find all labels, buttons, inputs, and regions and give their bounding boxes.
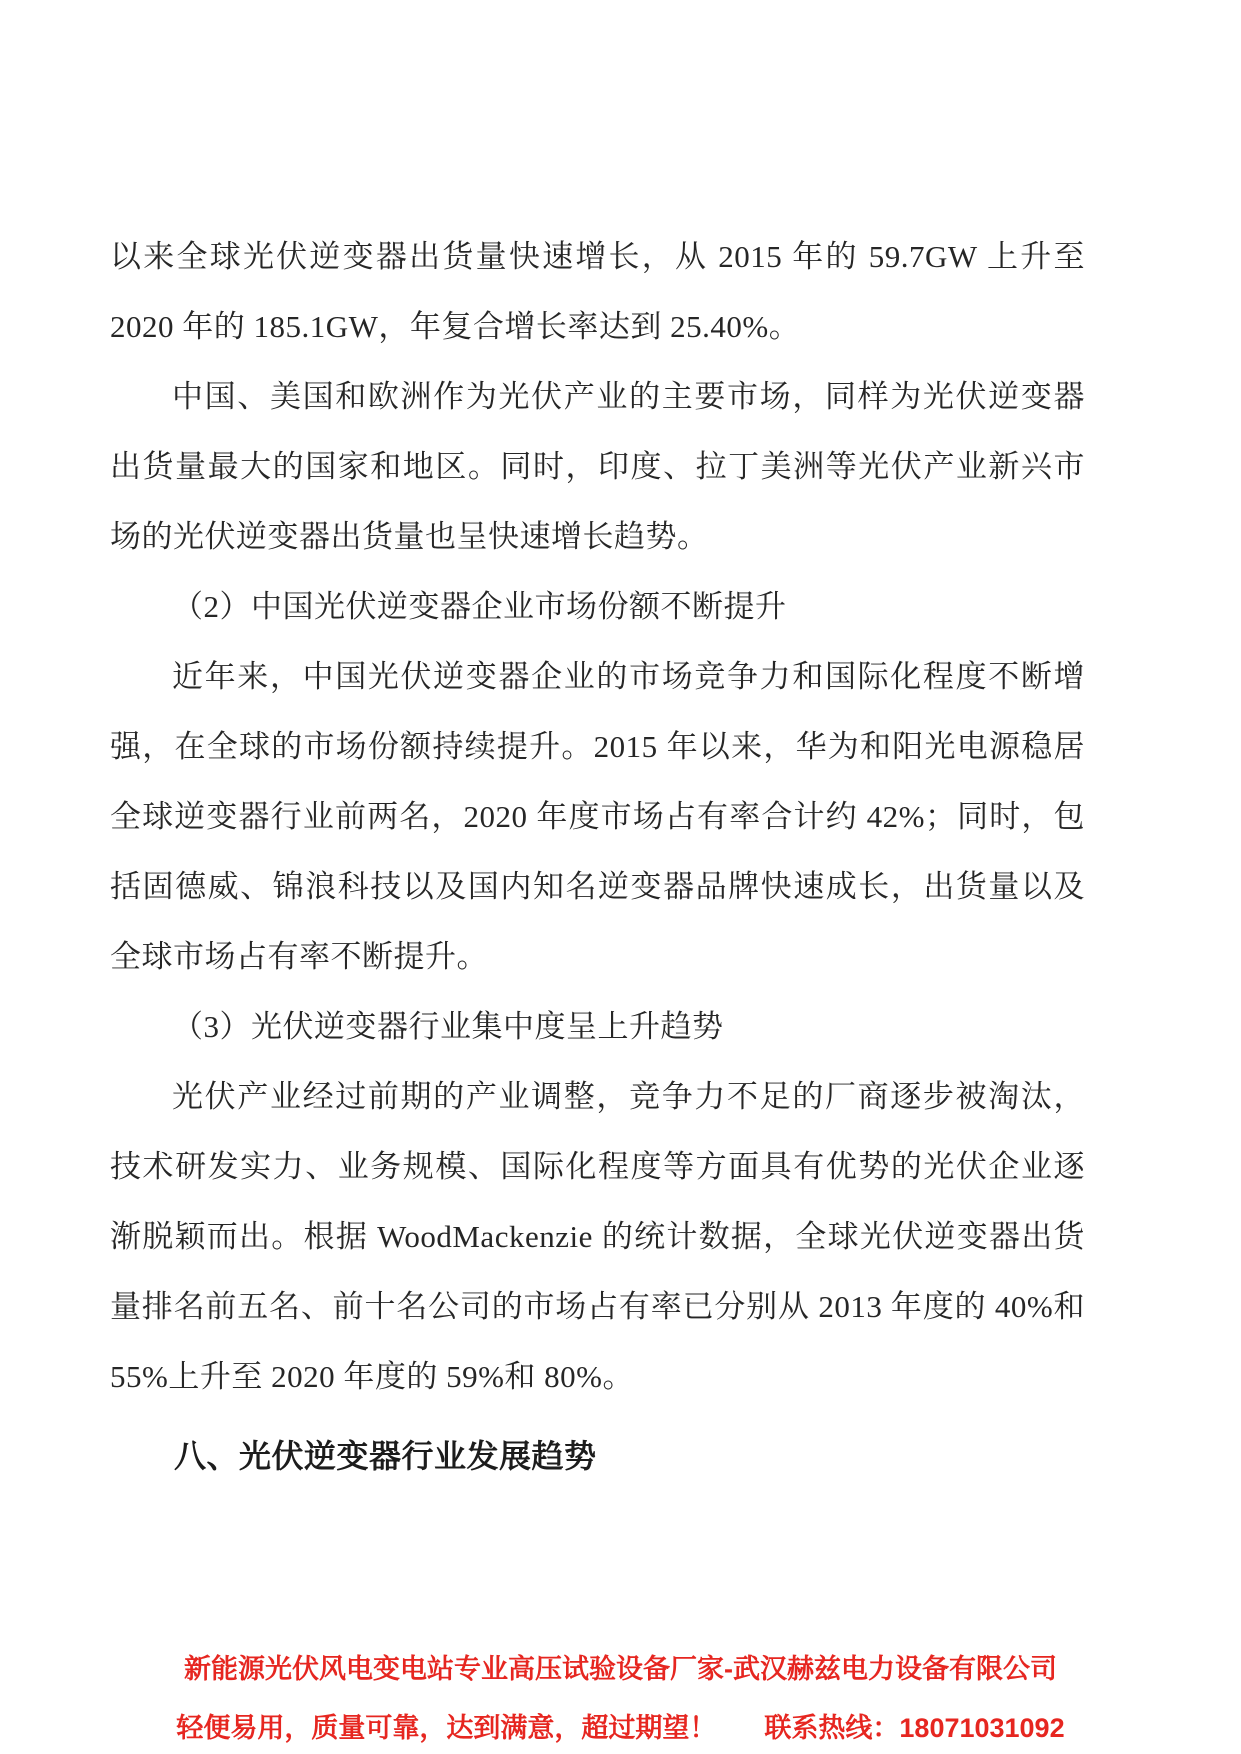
body-line: 2020 年的 185.1GW，年复合增长率达到 25.40%。: [110, 292, 1085, 362]
body-line: 以来全球光伏逆变器出货量快速增长，从 2015 年的 59.7GW 上升至: [110, 222, 1085, 292]
body-line: 55%上升至 2020 年度的 59%和 80%。: [110, 1342, 1085, 1412]
document-page: 以来全球光伏逆变器出货量快速增长，从 2015 年的 59.7GW 上升至202…: [0, 0, 1241, 1754]
body-line: 场的光伏逆变器出货量也呈快速增长趋势。: [110, 502, 1085, 572]
body-line: 技术研发实力、业务规模、国际化程度等方面具有优势的光伏企业逐: [110, 1132, 1085, 1202]
para-concentration-trend: 光伏产业经过前期的产业调整，竞争力不足的厂商逐步被淘汰，技术研发实力、业务规模、…: [110, 1062, 1085, 1412]
body-line: 中国、美国和欧洲作为光伏产业的主要市场，同样为光伏逆变器: [110, 362, 1085, 432]
para-china-share-rising: 近年来，中国光伏逆变器企业的市场竞争力和国际化程度不断增强，在全球的市场份额持续…: [110, 642, 1085, 992]
document-body: 以来全球光伏逆变器出货量快速增长，从 2015 年的 59.7GW 上升至202…: [110, 222, 1085, 1491]
body-line: （3）光伏逆变器行业集中度呈上升趋势: [110, 992, 1085, 1062]
footer-slogan: 轻便易用，质量可靠，达到满意，超过期望！: [176, 1711, 716, 1745]
body-line: 全球逆变器行业前两名，2020 年度市场占有率合计约 42%；同时，包: [110, 782, 1085, 852]
para-major-markets: 中国、美国和欧洲作为光伏产业的主要市场，同样为光伏逆变器出货量最大的国家和地区。…: [110, 362, 1085, 572]
body-line: 量排名前五名、前十名公司的市场占有率已分别从 2013 年度的 40%和: [110, 1272, 1085, 1342]
body-line: 近年来，中国光伏逆变器企业的市场竞争力和国际化程度不断增: [110, 642, 1085, 712]
body-line: 全球市场占有率不断提升。: [110, 922, 1085, 992]
body-line: （2）中国光伏逆变器企业市场份额不断提升: [110, 572, 1085, 642]
subheading-2-china-market-share: （2）中国光伏逆变器企业市场份额不断提升: [110, 572, 1085, 642]
footer-hotline-label: 联系热线：: [764, 1713, 899, 1743]
section-heading-line: 八、光伏逆变器行业发展趋势: [110, 1421, 1085, 1491]
footer-company-line: 新能源光伏风电变电站专业高压试验设备厂家-武汉赫兹电力设备有限公司: [0, 1652, 1241, 1686]
footer-hotline: 联系热线：18071031092: [764, 1711, 1064, 1745]
body-line: 括固德威、锦浪科技以及国内知名逆变器品牌快速成长，出货量以及: [110, 852, 1085, 922]
body-line: 出货量最大的国家和地区。同时，印度、拉丁美洲等光伏产业新兴市: [110, 432, 1085, 502]
para-global-shipment-growth: 以来全球光伏逆变器出货量快速增长，从 2015 年的 59.7GW 上升至202…: [110, 222, 1085, 362]
body-line: 强，在全球的市场份额持续提升。2015 年以来，华为和阳光电源稳居: [110, 712, 1085, 782]
heading-section-8-development-trend: 八、光伏逆变器行业发展趋势: [110, 1421, 1085, 1491]
body-line: 渐脱颖而出。根据 WoodMackenzie 的统计数据，全球光伏逆变器出货: [110, 1202, 1085, 1272]
footer-hotline-number: 18071031092: [899, 1713, 1064, 1743]
footer-contact-line: 轻便易用，质量可靠，达到满意，超过期望！ 联系热线：18071031092: [0, 1711, 1241, 1745]
subheading-3-industry-concentration: （3）光伏逆变器行业集中度呈上升趋势: [110, 992, 1085, 1062]
body-line: 光伏产业经过前期的产业调整，竞争力不足的厂商逐步被淘汰，: [110, 1062, 1085, 1132]
